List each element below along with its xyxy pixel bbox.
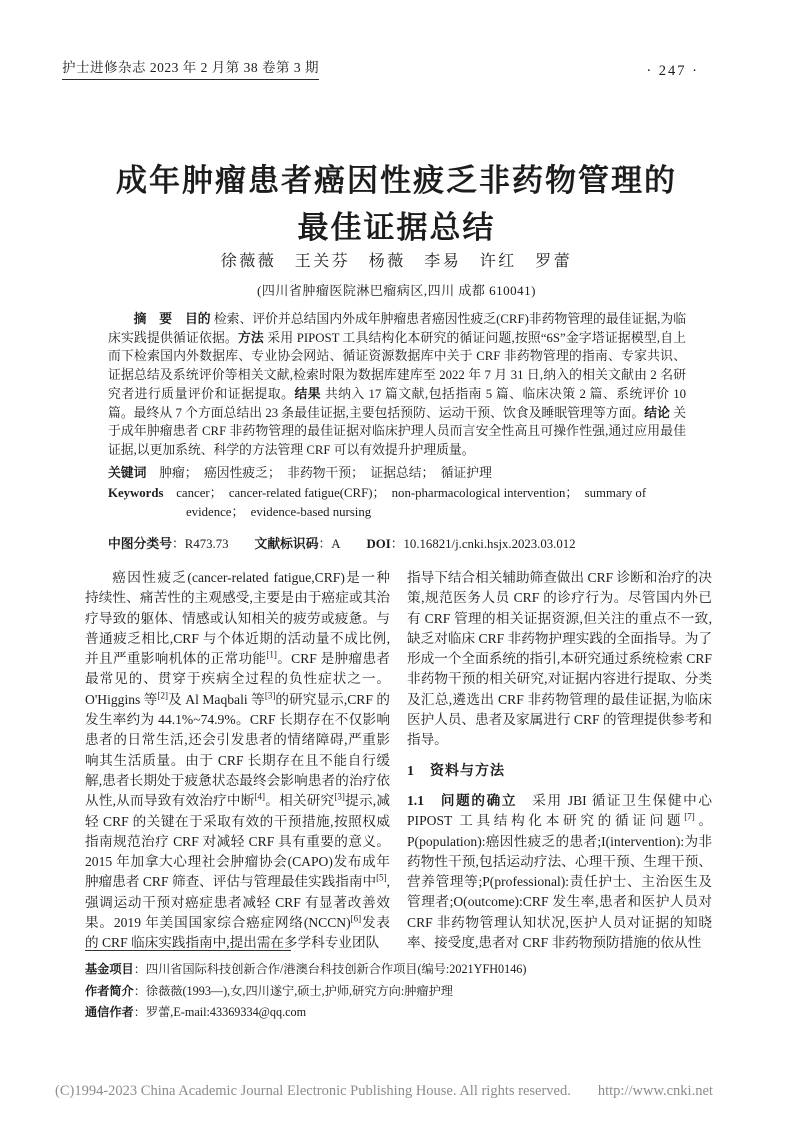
right-column: 指导下结合相关辅助筛查做出 CRF 诊断和治疗的决策,规范医务人员 CRF 的诊… (407, 568, 712, 954)
affiliation: (四川省肿瘤医院淋巴瘤病区,四川 成都 610041) (0, 280, 793, 299)
page-header: 护士进修杂志 2023 年 2 月第 38 卷第 3 期 · 247 · (62, 56, 699, 80)
journal-paper-page: 护士进修杂志 2023 年 2 月第 38 卷第 3 期 · 247 · 成年肿… (0, 0, 793, 1122)
keywords-en: Keywords cancer； cancer-related fatigue(… (108, 484, 686, 521)
keywords-cn: 关键词 肿瘤； 癌因性疲乏； 非药物干预； 证据总结； 循证护理 (108, 464, 686, 483)
article-title: 成年肿瘤患者癌因性疲乏非药物管理的 最佳证据总结 (0, 157, 793, 251)
intro-paragraph: 癌因性疲乏(cancer-related fatigue,CRF)是一种持续性、… (85, 568, 390, 954)
intro-paragraph-continued: 指导下结合相关辅助筛查做出 CRF 诊断和治疗的决策,规范医务人员 CRF 的诊… (407, 568, 712, 751)
cnki-copyright-line: (C)1994-2023 China Academic Journal Elec… (55, 1083, 713, 1100)
cnki-url: http://www.cnki.net (598, 1083, 713, 1099)
author-bio-note: 作者简介：徐薇薇(1993—),女,四川遂宁,硕士,护师,研究方向:肿瘤护理 (85, 981, 700, 1003)
document-code: 文献标识码：A (255, 537, 341, 551)
clc-number: 中图分类号：R473.73 (108, 537, 229, 551)
abstract-block: 摘 要 目的 检索、评价并总结国内外成年肿瘤患者癌因性疲乏(CRF)非药物管理的… (108, 310, 686, 553)
section-1-1-paragraph: 1.1 问题的确立 采用 JBI 循证卫生保健中心 PIPOST 工具结构化本研… (407, 791, 712, 953)
footnote-block: 基金项目：四川省国际科技创新合作/港澳台科技创新合作项目(编号:2021YFH0… (85, 950, 700, 1024)
corresponding-author-note: 通信作者：罗蕾,E-mail:43369334@qq.com (85, 1002, 700, 1024)
page-number: · 247 · (646, 63, 699, 80)
footnote-divider (85, 950, 291, 951)
abstract-text: 摘 要 目的 检索、评价并总结国内外成年肿瘤患者癌因性疲乏(CRF)非药物管理的… (108, 310, 686, 460)
author-list: 徐薇薇 王关芬 杨薇 李易 许红 罗蕾 (0, 248, 793, 271)
journal-issue-line: 护士进修杂志 2023 年 2 月第 38 卷第 3 期 (62, 56, 319, 80)
article-title-line2: 最佳证据总结 (0, 204, 793, 251)
funding-note: 基金项目：四川省国际科技创新合作/港澳台科技创新合作项目(编号:2021YFH0… (85, 959, 700, 981)
article-title-line1: 成年肿瘤患者癌因性疲乏非药物管理的 (0, 157, 793, 204)
copyright-text: (C)1994-2023 China Academic Journal Elec… (55, 1083, 571, 1099)
section-1-heading: 1 资料与方法 (407, 762, 712, 782)
classification-line: 中图分类号：R473.73文献标识码：ADOI：10.16821/j.cnki.… (108, 535, 686, 554)
left-column: 癌因性疲乏(cancer-related fatigue,CRF)是一种持续性、… (85, 568, 390, 954)
doi: DOI：10.16821/j.cnki.hsjx.2023.03.012 (367, 537, 576, 551)
article-body: 癌因性疲乏(cancer-related fatigue,CRF)是一种持续性、… (85, 568, 712, 954)
